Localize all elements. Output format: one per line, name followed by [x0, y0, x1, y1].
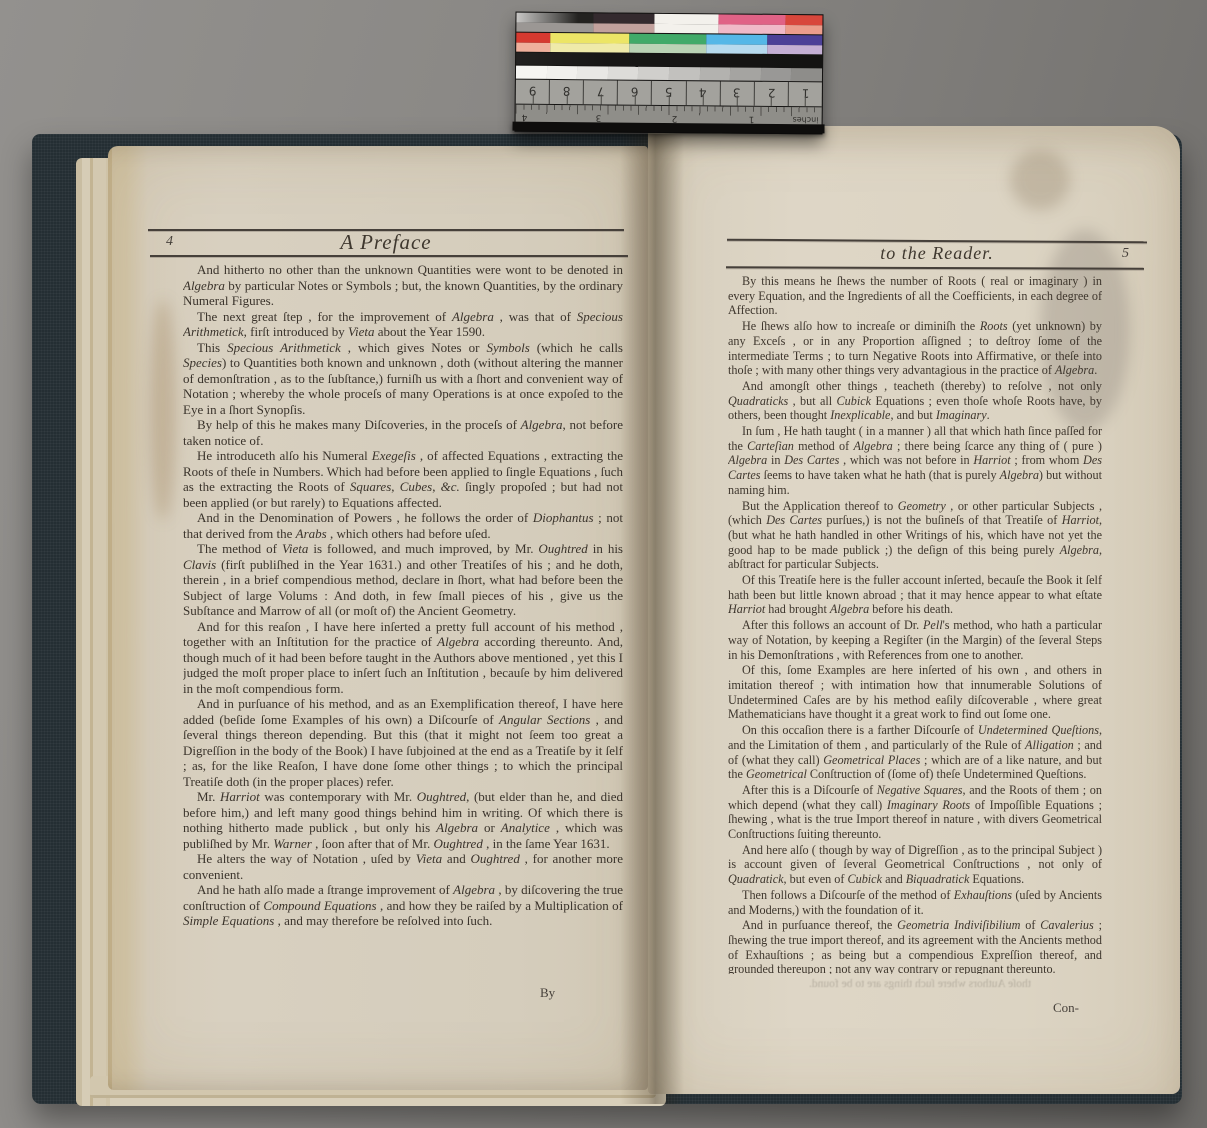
color-patch [550, 33, 630, 53]
paragraph: In ſum , He hath taught ( in a manner ) … [728, 424, 1102, 498]
ruler-inch-mark: 3 [595, 112, 601, 122]
left-header-rule-bottom [150, 255, 628, 257]
color-patch-row-2 [516, 33, 822, 56]
right-page-number: 5 [1122, 246, 1129, 262]
inches-label: inches [793, 115, 819, 124]
paragraph: He ſhews alſo how to increaſe or diminiſ… [728, 319, 1102, 378]
inches-ruler-row: 4321inches [516, 105, 822, 125]
paragraph: Of this, ſome Examples are here inſerted… [728, 663, 1102, 722]
paragraph: Mr. Harriot was contemporary with Mr. Ou… [183, 789, 623, 851]
ruler-cm-mark: 6 [618, 81, 652, 105]
paragraph: He introduceth alſo his Numeral Exegeſis… [183, 448, 623, 510]
paragraph: Of this Treatiſe here is the fuller acco… [728, 573, 1102, 617]
paragraph: By help of this he makes many Diſcoverie… [183, 417, 623, 448]
gray-step [700, 67, 731, 80]
gray-step [577, 66, 608, 79]
book-gutter [620, 134, 684, 1104]
gray-step [608, 66, 639, 79]
show-through-text: thoſe Authors where ſuch things are to b… [740, 978, 1100, 990]
paragraph: And hitherto no other than the unknown Q… [183, 262, 623, 309]
paragraph: But the Application thereof to Geometry … [728, 499, 1102, 573]
color-patch [718, 14, 785, 34]
color-patch [654, 14, 718, 34]
ruler-cm-mark: 5 [652, 81, 686, 105]
page-stain [150, 300, 176, 520]
paragraph: This Specious Arithmetick , which gives … [183, 340, 623, 418]
ruler-cm-mark: 2 [754, 82, 788, 106]
paragraph: He alters the way of Notation , uſed by … [183, 851, 623, 882]
right-page-text: By this means he ſhews the number of Roo… [728, 274, 1102, 974]
ruler-inch-mark: 1 [748, 114, 754, 124]
paragraph: And in purſuance of his method, and as a… [183, 696, 623, 789]
gray-step [730, 68, 761, 81]
ruler-cm-mark: 9 [516, 80, 550, 104]
left-page-text: And hitherto no other than the unknown Q… [183, 262, 623, 974]
paragraph: And he hath alſo made a ſtrange improvem… [183, 882, 623, 929]
color-patch [593, 13, 654, 33]
ruler-cm-mark: 4 [686, 81, 720, 105]
color-patch [786, 15, 823, 34]
paragraph: By this means he ſhews the number of Roo… [728, 274, 1102, 318]
paragraph: And for this reaſon , I have here inſert… [183, 619, 623, 697]
paragraph: On this occaſion there is a farther Diſc… [728, 723, 1102, 782]
ruler-inch-mark: 4 [522, 112, 528, 122]
paragraph: And in the Denomination of Powers , he f… [183, 510, 623, 541]
ruler-cm-mark: 8 [550, 80, 584, 104]
ruler-inch-mark: 2 [672, 113, 678, 123]
paragraph: And in purſuance thereof, the Geometria … [728, 918, 1102, 974]
paragraph: After this follows an account of Dr. Pel… [728, 618, 1102, 662]
gray-step [669, 67, 700, 80]
paragraph: The next great ſtep , for the improvemen… [183, 309, 623, 340]
left-catchword: By [540, 985, 555, 1001]
left-running-header: A Preface [148, 230, 624, 255]
color-patch-row-1 [516, 13, 822, 36]
paragraph: After this is a Diſcourſe of Negative Sq… [728, 783, 1102, 842]
color-patch [629, 34, 706, 54]
gray-step [638, 67, 669, 80]
paragraph: And amongſt other things , teacheth (the… [728, 379, 1102, 423]
ruler-cm-mark: 7 [584, 80, 618, 104]
color-patch [516, 33, 550, 52]
gray-step [547, 66, 578, 79]
photo-of-open-book: 4 A Preface And hitherto no other than t… [0, 0, 1207, 1128]
ruler-cm-mark: 3 [720, 81, 754, 105]
right-running-header: to the Reader. [727, 243, 1147, 264]
paragraph: The method of Vieta is followed, and muc… [183, 541, 623, 619]
gray-step [516, 66, 547, 79]
page-stain [1010, 150, 1070, 210]
gray-step [791, 68, 822, 81]
gray-step [761, 68, 792, 81]
paragraph: And here alſo ( though by way of Digreſſ… [728, 843, 1102, 887]
calibration-color-ruler: 987654321 4321inches [514, 12, 823, 135]
ruler-cm-mark: 1 [789, 82, 822, 106]
color-patch [706, 34, 767, 54]
paragraph: Then follows a Diſcourſe of the method o… [728, 888, 1102, 917]
color-patch [516, 13, 593, 33]
right-catchword: Con- [1053, 1000, 1079, 1016]
color-patch [767, 35, 822, 54]
cm-ruler-row: 987654321 [516, 80, 822, 108]
